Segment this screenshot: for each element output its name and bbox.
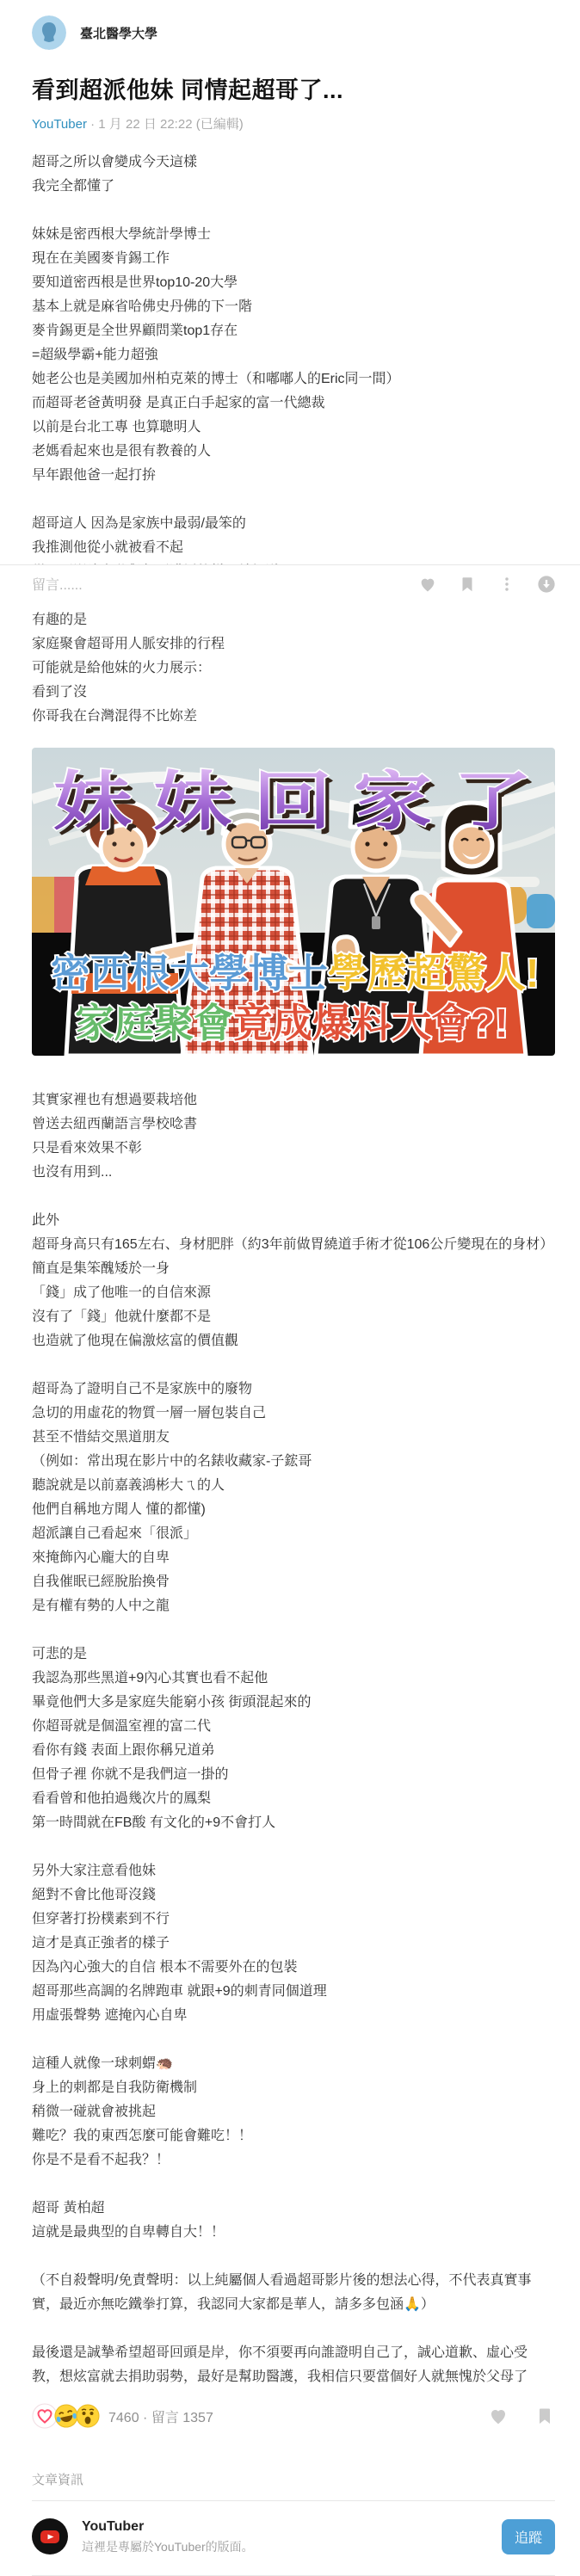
- body-line: 而超哥老爸黃明發 是真正白手起家的富一代總裁: [32, 391, 548, 416]
- body-line: 現在在美國麥肯錫工作: [32, 247, 548, 271]
- post-author-link[interactable]: YouTuber: [32, 117, 87, 132]
- board-header[interactable]: 臺北醫學大學: [0, 0, 580, 52]
- body-line: 可能就是給他妹的火力展示：: [32, 656, 548, 681]
- body-line: 超哥之所以會變成今天這樣: [32, 151, 548, 175]
- body-line: 超哥 黃柏超: [32, 2197, 548, 2221]
- post-image-thumbnail[interactable]: 妹 妹 回 家 了 妹 妹 回 家 了 密西根大學博士學歷超驚人! 家庭聚會竟成…: [32, 748, 555, 1056]
- body-line: 看你有錢 表面上跟你稱兄道弟: [32, 1739, 548, 1763]
- body-line: 其實家裡也有想過要栽培他: [32, 1088, 548, 1112]
- paragraph: 超哥之所以會變成今天這樣我完全都懂了: [32, 151, 548, 199]
- body-line: 早年跟他爸一起打拚: [32, 464, 548, 488]
- body-line: 這才是真正強者的樣子: [32, 1932, 548, 1956]
- school-avatar-icon: [32, 15, 66, 50]
- body-line: 也沒有用到...: [32, 1161, 548, 1185]
- bookmark-icon[interactable]: [458, 575, 477, 594]
- paragraph: 有趣的是家庭聚會超哥用人脈安排的行程可能就是給他妹的火力展示：看到了沒你哥我在台…: [32, 608, 548, 729]
- body-line: 難吃？我的東西怎麼可能會難吃！！: [32, 2124, 548, 2148]
- body-line: 以前是台北工專 也算聰明人: [32, 416, 548, 440]
- body-line: 是有權有勢的人中之龍: [32, 1594, 548, 1618]
- body-line: 你哥我在台灣混得不比妳差: [32, 705, 548, 729]
- footer-section-title: 文章資訊: [32, 2470, 548, 2488]
- body-line: 這種人就像一球刺蝟🦔: [32, 2052, 548, 2076]
- paragraph: 此外超哥身高只有165左右、身材肥胖（約3年前做胃繞道手術才從106公斤變現在的…: [32, 1209, 548, 1353]
- body-line: 我推測他從小就被看不起: [32, 536, 548, 560]
- paragraph: 最後還是誠摯希望超哥回頭是岸，你不須要再向誰證明自己了，誠心道歉、虛心受教，想炫…: [32, 2341, 548, 2389]
- body-line: （不自殺聲明/免責聲明：以上純屬個人看過超哥影片後的想法心得，不代表真實事實，最…: [32, 2269, 548, 2317]
- kebab-menu-icon[interactable]: [497, 575, 516, 594]
- post-page: 臺北醫學大學 看到超派他妹 同情起超哥了... YouTuber · 1 月 2…: [0, 0, 580, 2576]
- body-line: 超哥那些高調的名牌跑車 就跟+9的刺青同個道理: [32, 1980, 548, 2004]
- youtuber-avatar-icon[interactable]: [32, 2518, 68, 2554]
- comment-input[interactable]: 留言......: [32, 574, 418, 594]
- reaction-counts[interactable]: 7460 · 留言 1357: [108, 2407, 213, 2426]
- body-line: 甚至不惜結交黑道朋友: [32, 1426, 548, 1450]
- thumbnail-title: 妹 妹 回 家 了 妹 妹 回 家 了: [53, 766, 537, 842]
- paragraph: 可悲的是我認為那些黑道+9內心其實也看不起他畢竟他們大多是家庭失能窮小孩 街頭混…: [32, 1642, 548, 1835]
- body-line: 用虛張聲勢 遮掩內心自卑: [32, 2004, 548, 2028]
- body-line: 「錢」成了他唯一的自信來源: [32, 1281, 548, 1305]
- body-line: 超哥這人 因為是家族中最弱/最笨的: [32, 512, 548, 536]
- reaction-row: 7460 · 留言 1357: [32, 2401, 555, 2431]
- body-line: 家庭聚會超哥用人脈安排的行程: [32, 632, 548, 656]
- body-line: 簡直是集笨醜矮於一身: [32, 1257, 548, 1281]
- body-line: =超級學霸+能力超強: [32, 343, 548, 367]
- divider: [32, 2500, 555, 2501]
- body-line: 妹妹是密西根大學統計學博士: [32, 223, 548, 247]
- post-date: 1 月 22 日 22:22 (已編輯): [98, 117, 243, 132]
- body-line: 超派讓自己看起來「很派」: [32, 1522, 548, 1546]
- body-line: 自我催眠已經脫胎換骨: [32, 1570, 548, 1594]
- body-line: 絕對不會比他哥沒錢: [32, 1883, 548, 1907]
- heart-icon[interactable]: [418, 575, 437, 594]
- meta-separator: ·: [90, 117, 98, 132]
- body-line: 我認為那些黑道+9內心其實也看不起他: [32, 1667, 548, 1691]
- body-line: 最後還是誠摯希望超哥回頭是岸，你不須要再向誰證明自己了，誠心道歉、虛心受教，想炫…: [32, 2341, 548, 2389]
- body-line: 麥肯錫更是全世界顧問業top1存在: [32, 319, 548, 343]
- body-line: 可悲的是: [32, 1642, 548, 1667]
- svg-text:密西根大學博士學歷超驚人!: 密西根大學博士學歷超驚人!: [51, 951, 539, 995]
- body-line: 來掩飾內心龐大的自卑: [32, 1546, 548, 1570]
- body-line: 另外大家注意看他妹: [32, 1859, 548, 1883]
- author-card: YouTuber 這裡是專屬於YouTuber的版面。 追蹤: [32, 2517, 555, 2556]
- like-heart-icon[interactable]: [488, 2406, 509, 2426]
- follow-button[interactable]: 追蹤: [502, 2519, 555, 2554]
- body-line: 這就是最典型的自卑轉自大！！: [32, 2221, 548, 2245]
- paragraph: 妹妹是密西根大學統計學博士現在在美國麥肯錫工作要知道密西根是世界top10-20…: [32, 223, 548, 488]
- body-line: 她老公也是美國加州柏克萊的博士（和嘟嘟人的Eric同一間）: [32, 367, 548, 391]
- body-line: 我完全都懂了: [32, 175, 548, 199]
- body-line: 超哥身高只有165左右、身材肥胖（約3年前做胃繞道手術才從106公斤變現在的身材…: [32, 1233, 548, 1257]
- body-line: 畢竟他們大多是家庭失能窮小孩 街頭混起來的: [32, 1691, 548, 1715]
- body-line: 曾送去紐西蘭語言學校唸書: [32, 1112, 548, 1137]
- body-line: 也造就了他現在偏激炫富的價值觀: [32, 1329, 548, 1353]
- paragraph: 超哥 黃柏超這就是最典型的自卑轉自大！！: [32, 2197, 548, 2245]
- post-body-part-2: 其實家裡也有想過要栽培他曾送去紐西蘭語言學校唸書只是看來效果不彰也沒有用到...…: [32, 1088, 548, 2389]
- paragraph: 超哥為了證明自己不是家族中的廢物急切的用虛花的物質一層一層包裝自己甚至不惜結交黑…: [32, 1377, 548, 1618]
- post-meta: YouTuber · 1 月 22 日 22:22 (已編輯): [32, 115, 548, 133]
- body-line: 老媽看起來也是很有教養的人: [32, 440, 548, 464]
- author-texts: YouTuber 這裡是專屬於YouTuber的版面。: [82, 2517, 254, 2555]
- body-line: 此外: [32, 1209, 548, 1233]
- body-line: 因為內心強大的自信 根本不需要外在的包裝: [32, 1956, 548, 1980]
- paragraph: （不自殺聲明/免責聲明：以上純屬個人看過超哥影片後的想法心得，不代表真實事實，最…: [32, 2269, 548, 2317]
- footer-author-name[interactable]: YouTuber: [82, 2517, 254, 2536]
- body-line: （例如：常出現在影片中的名錶收藏家-子鋐哥: [32, 1450, 548, 1474]
- post-body-part-1: 超哥之所以會變成今天這樣我完全都懂了妹妹是密西根大學統計學博士現在在美國麥肯錫工…: [32, 151, 548, 729]
- body-line: 第一時間就在FB酸 有文化的+9不會打人: [32, 1811, 548, 1835]
- paragraph: 這種人就像一球刺蝟🦔身上的刺都是自我防衛機制稍微一碰就會被挑起難吃？我的東西怎麼…: [32, 2052, 548, 2172]
- body-line: 只是看來效果不彰: [32, 1137, 548, 1161]
- surprised-reaction-icon: [75, 2403, 101, 2429]
- body-line: 但穿著打扮樸素到不行: [32, 1907, 548, 1932]
- body-line: 看到了沒: [32, 681, 548, 705]
- body-line: 但骨子裡 你就不是我們這一掛的: [32, 1763, 548, 1787]
- comment-bar: 留言......: [0, 564, 580, 602]
- body-line: 你是不是看不起我？！: [32, 2148, 548, 2172]
- body-line: 急切的用虛花的物質一層一層包裝自己: [32, 1402, 548, 1426]
- body-line: 身上的刺都是自我防衛機制: [32, 2076, 548, 2100]
- paragraph: 其實家裡也有想過要栽培他曾送去紐西蘭語言學校唸書只是看來效果不彰也沒有用到...: [32, 1088, 548, 1185]
- reaction-emoji-cluster[interactable]: [32, 2403, 96, 2429]
- body-line: 基本上就是麻省哈佛史丹佛的下一階: [32, 295, 548, 319]
- body-line: 你超哥就是個溫室裡的富二代: [32, 1715, 548, 1739]
- footer-author-desc: 這裡是專屬於YouTuber的版面。: [82, 2538, 254, 2555]
- comment-bar-icons: [418, 575, 556, 594]
- body-line: 沒有了「錢」他就什麼都不是: [32, 1305, 548, 1329]
- body-line: 看看曾和他拍過幾次片的鳳梨: [32, 1787, 548, 1811]
- paragraph: 另外大家注意看他妹絕對不會比他哥沒錢但穿著打扮樸素到不行這才是真正強者的樣子因為…: [32, 1859, 548, 2028]
- post-title: 看到超派他妹 同情起超哥了...: [32, 74, 548, 107]
- post-action-icons: [488, 2406, 555, 2426]
- body-line: 超哥為了證明自己不是家族中的廢物: [32, 1377, 548, 1402]
- body-line: 他們自稱地方聞人 懂的都懂): [32, 1498, 548, 1522]
- svg-text:妹 妹 回 家 了: 妹 妹 回 家 了: [53, 766, 532, 837]
- board-name: 臺北醫學大學: [80, 24, 157, 42]
- body-line: 聽說就是以前嘉義鴻彬大ㄟ的人: [32, 1474, 548, 1498]
- body-line: 稍微一碰就會被挑起: [32, 2100, 548, 2124]
- body-line: 有趣的是: [32, 608, 548, 632]
- bookmark-icon[interactable]: [534, 2406, 555, 2426]
- body-line: 要知道密西根是世界top10-20大學: [32, 271, 548, 295]
- svg-text:家庭聚會竟成爆料大會?!: 家庭聚會竟成爆料大會?!: [75, 1001, 508, 1045]
- download-icon[interactable]: [537, 575, 556, 594]
